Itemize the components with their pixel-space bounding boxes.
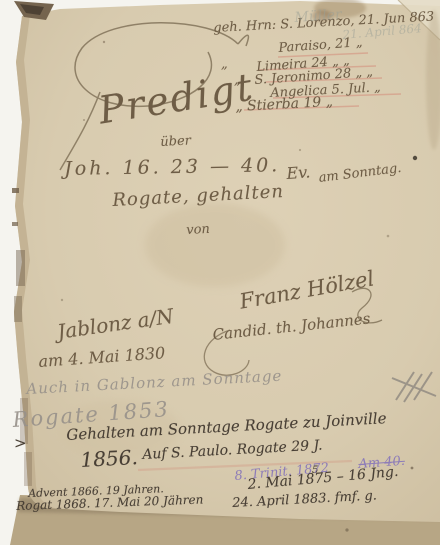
title-ueber: über <box>160 134 191 149</box>
scripture-ev: Ev. <box>286 164 311 182</box>
von-word: von <box>186 223 210 237</box>
header-pencil-overlay-name: Müller <box>294 8 342 25</box>
scripture-reference: Joh. 16. 23 — 40. <box>64 156 280 179</box>
note-1856-year: 1856. <box>80 447 138 470</box>
margin-arrow: > <box>14 436 27 451</box>
manuscript-scan: geh. Hrn: S. Lorenzo, 21. Jun 863 Müller… <box>0 0 440 545</box>
